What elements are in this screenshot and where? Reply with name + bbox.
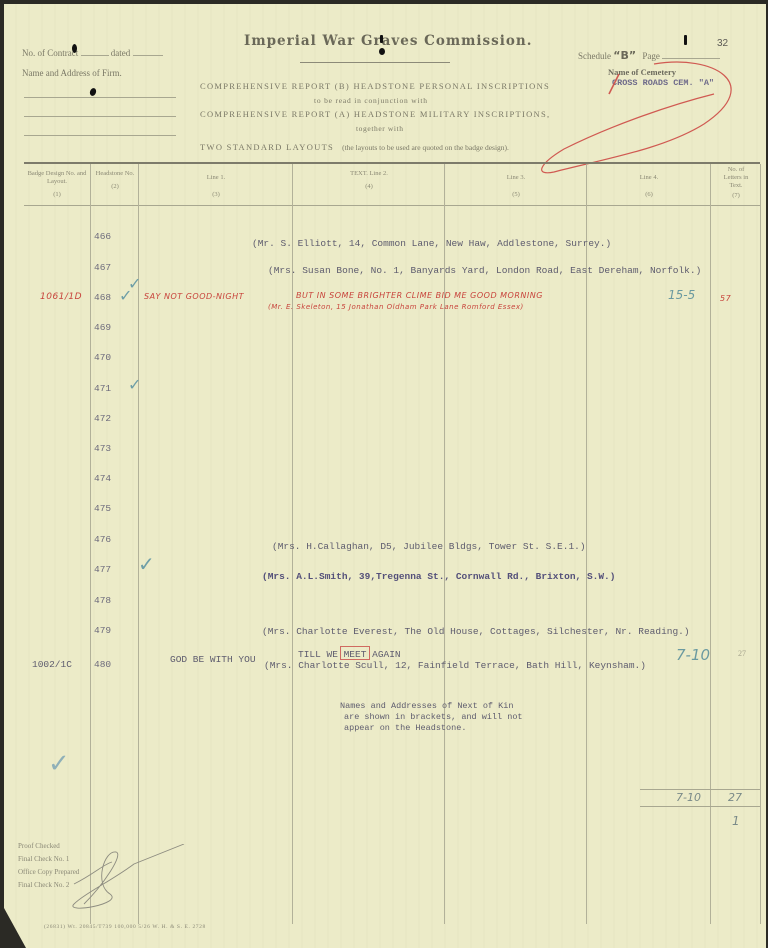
col-header-badge: Badge Design No. and Layout. (1)	[24, 170, 90, 199]
table-header-rule	[24, 205, 760, 206]
col-header-num: (4)	[294, 183, 444, 191]
report-line-4: together with	[356, 124, 404, 133]
column-rule	[710, 164, 711, 924]
col-header-num: (5)	[446, 191, 586, 199]
checkmark-icon: ✓	[119, 286, 132, 305]
col-header-num: (7)	[712, 192, 760, 200]
report-line-5: TWO STANDARD LAYOUTS (the layouts to be …	[200, 137, 509, 155]
total-mark: 1	[732, 814, 740, 828]
col-header-label: Headstone No.	[92, 170, 138, 178]
firm-label: Name and Address of Firm.	[22, 68, 122, 78]
headstone-number: 478	[94, 595, 111, 606]
headstone-number: 469	[94, 322, 111, 333]
headstone-number: 476	[94, 534, 111, 545]
next-of-kin: (Mrs. Charlotte Everest, The Old House, …	[262, 626, 690, 637]
col-header-headstone: Headstone No. (2)	[92, 170, 138, 191]
next-of-kin: (Mrs. A.L.Smith, 39,Tregenna St., Cornwa…	[262, 571, 615, 582]
ink-blot	[684, 35, 687, 45]
headstone-number: 466	[94, 231, 111, 242]
report-line-1: COMPREHENSIVE REPORT (B) HEADSTONE PERSO…	[200, 81, 550, 91]
inscription-line-1: SAY NOT GOOD-NIGHT	[144, 292, 244, 301]
checkmark-icon: ✓	[48, 749, 70, 779]
report-line-2: to be read in conjunction with	[314, 96, 428, 105]
headstone-number: 467	[94, 262, 111, 273]
total-letters: 7-10	[676, 791, 701, 804]
checkmark-icon: ✓	[128, 375, 141, 394]
column-rule	[586, 164, 587, 924]
col-header-num: (1)	[24, 191, 90, 199]
contract-label: No. of Contract	[22, 48, 78, 58]
col-header-line1: Line 1. (3)	[140, 174, 292, 199]
report-line-3: COMPREHENSIVE REPORT (A) HEADSTONE MILIT…	[200, 109, 550, 119]
column-rule	[760, 164, 761, 924]
letters-total: 27	[738, 649, 746, 658]
badge-design: 1061/1D	[40, 292, 82, 302]
col-header-line2: TEXT. Line 2. (4)	[294, 170, 444, 191]
checkmark-icon: ✓	[138, 552, 155, 576]
col-header-label: Badge Design No. and Layout.	[24, 170, 90, 186]
headstone-number: 479	[94, 625, 111, 636]
col-header-label: TEXT. Line 2.	[349, 170, 389, 178]
headstone-number: 474	[94, 473, 111, 484]
ink-blot	[89, 87, 97, 97]
contract-field: No. of Contract dated	[22, 48, 163, 58]
next-of-kin: (Mrs. H.Callaghan, D5, Jubilee Bldgs, To…	[272, 541, 586, 552]
inscription-report-sheet: No. of Contract dated Name and Address o…	[4, 4, 766, 948]
table-top-rule	[24, 162, 760, 164]
standard-layouts-label: TWO STANDARD LAYOUTS	[200, 142, 334, 152]
col-header-label: Line 4.	[588, 174, 710, 182]
next-of-kin: (Mr. S. Elliott, 14, Common Lane, New Ha…	[252, 238, 611, 249]
note-line: Names and Addresses of Next of Kin	[340, 701, 523, 712]
firm-line-3	[24, 135, 176, 136]
printer-imprint: (26831) Wt. 20845/T739 100,000 5/26 W. H…	[44, 924, 206, 930]
headstone-number: 472	[94, 413, 111, 424]
title-rule	[300, 62, 450, 63]
page-title: Imperial War Graves Commission.	[244, 33, 532, 49]
headstone-number: 480	[94, 659, 111, 670]
red-loop-mark	[524, 54, 754, 184]
layouts-note: (the layouts to be used are quoted on th…	[342, 143, 509, 152]
correction-box	[340, 646, 370, 660]
col-header-label: Line 3.	[446, 174, 586, 182]
col-header-label: No. of Letters in Text.	[718, 166, 754, 190]
next-of-kin: (Mr. E. Skeleton, 15 Jonathan Oldham Par…	[268, 303, 524, 311]
firm-line-2	[24, 116, 176, 117]
next-of-kin: (Mrs. Charlotte Scull, 12, Fainfield Ter…	[264, 660, 646, 671]
note-line: appear on the Headstone.	[340, 723, 523, 734]
col-header-num: (6)	[588, 191, 710, 199]
headstone-number: 471	[94, 383, 111, 394]
col-header-line4: Line 4. (6)	[588, 174, 710, 199]
dated-label: dated	[111, 48, 131, 58]
torn-corner	[4, 908, 26, 948]
headstone-number: 470	[94, 352, 111, 363]
col-header-num: (2)	[92, 183, 138, 191]
letters-count: 15-5	[668, 288, 695, 302]
column-rule	[90, 164, 91, 924]
letters-count: 7-10	[676, 646, 710, 664]
ink-blot	[72, 44, 77, 53]
col-header-letters: No. of Letters in Text. (7)	[712, 166, 760, 200]
next-of-kin: (Mrs. Susan Bone, No. 1, Banyards Yard, …	[268, 265, 701, 276]
note-line: are shown in brackets, and will not	[340, 712, 523, 723]
page-number: 32	[717, 38, 728, 49]
inscription-line-2: BUT IN SOME BRIGHTER CLIME BID ME GOOD M…	[296, 291, 543, 300]
totals-bottom-rule	[640, 806, 760, 807]
totals-top-rule	[640, 789, 760, 790]
col-header-label: Line 1.	[140, 174, 292, 182]
col-header-line3: Line 3. (5)	[446, 174, 586, 199]
next-of-kin-note: Names and Addresses of Next of Kin are s…	[340, 701, 523, 734]
inscription-line-1: GOD BE WITH YOU	[170, 654, 256, 665]
ink-blot	[379, 48, 385, 55]
firm-line-1	[24, 97, 176, 98]
total-count: 27	[728, 791, 742, 804]
headstone-number: 468	[94, 292, 111, 303]
badge-design: 1002/1C	[32, 659, 72, 670]
signature-icon	[54, 844, 194, 919]
headstone-number: 473	[94, 443, 111, 454]
ink-blot	[380, 35, 383, 43]
col-header-num: (3)	[140, 191, 292, 199]
headstone-number: 477	[94, 564, 111, 575]
headstone-number: 475	[94, 503, 111, 514]
letters-total: 57	[720, 294, 731, 303]
